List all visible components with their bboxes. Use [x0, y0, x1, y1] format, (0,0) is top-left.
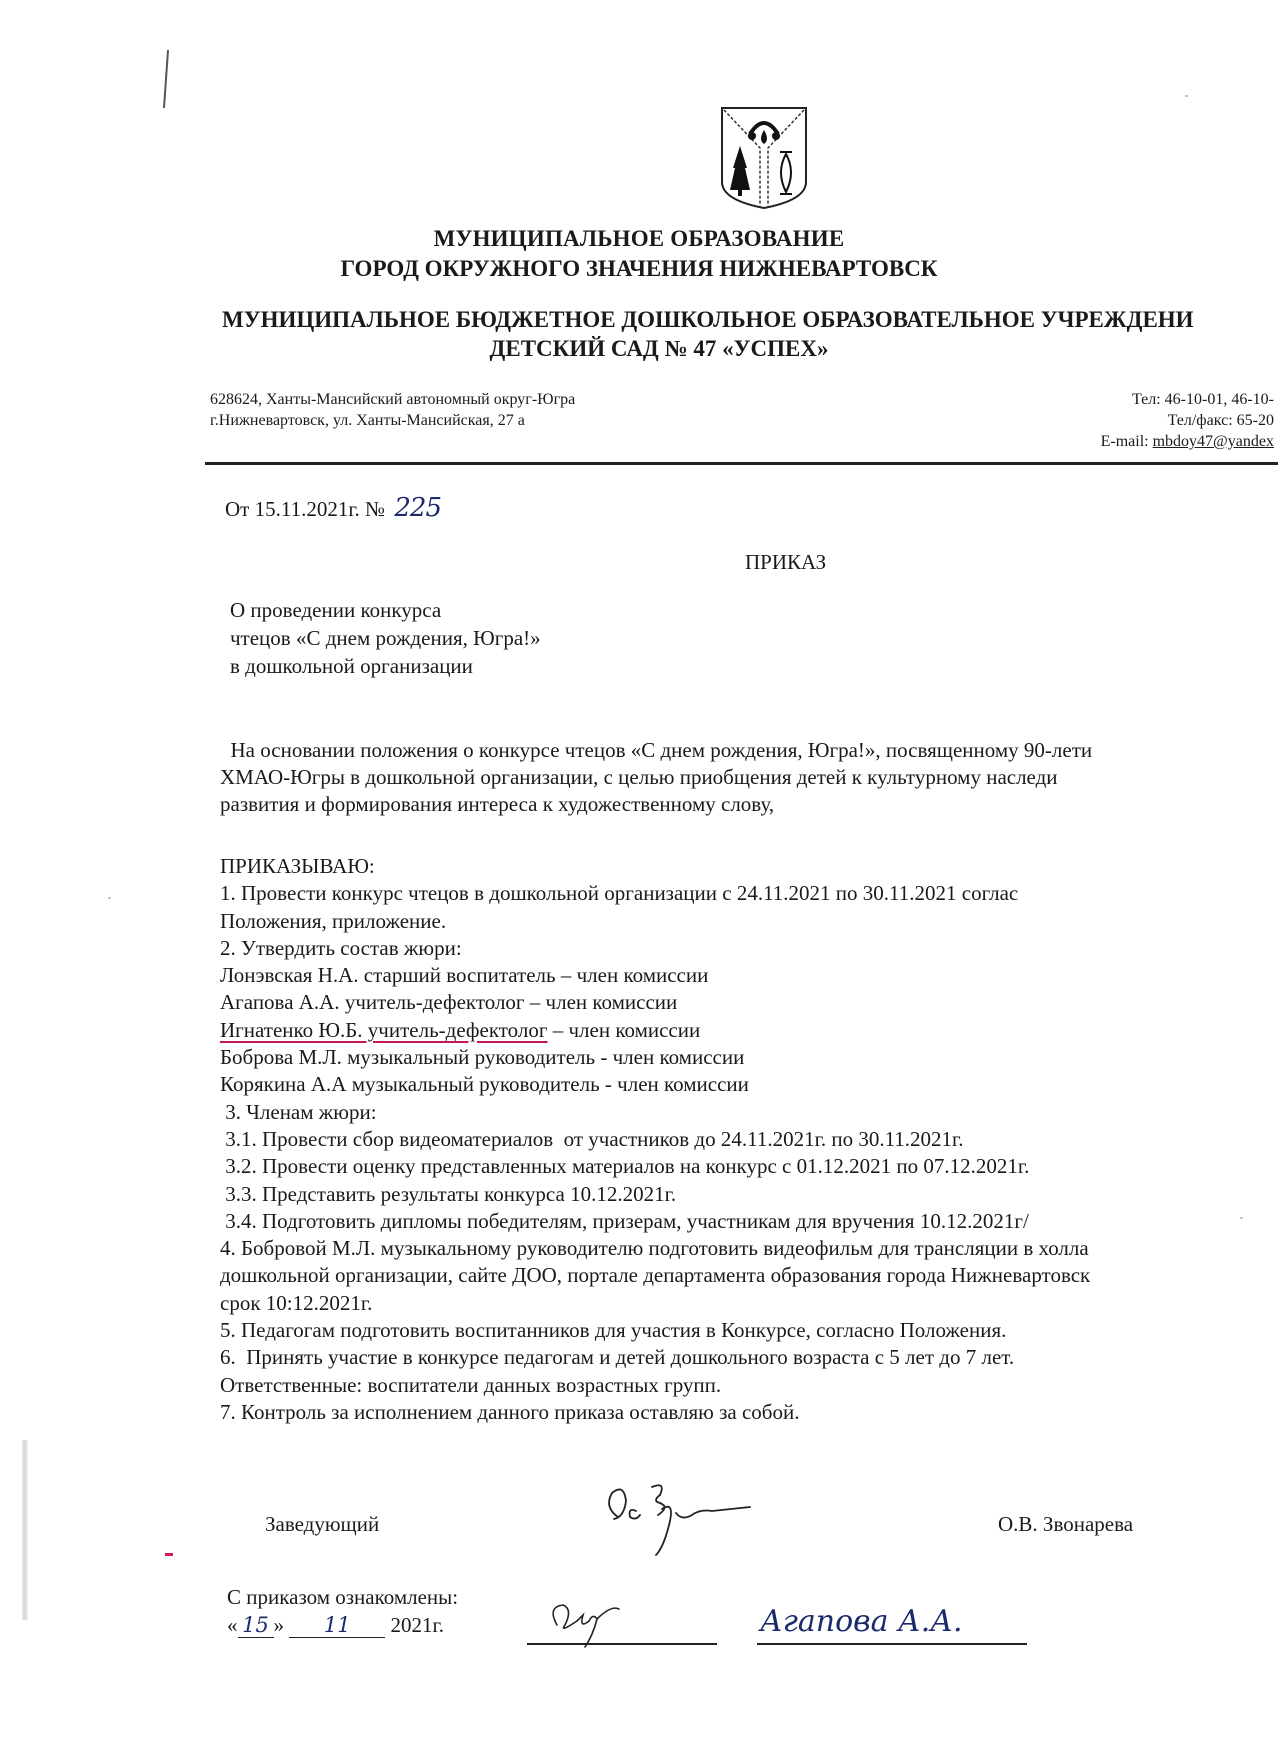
order-subject: О проведении конкурса чтецов «С днем рож… — [230, 596, 541, 680]
order-date: От 15.11.2021г. № — [225, 497, 385, 521]
preamble: На основании положения о конкурсе чтецов… — [220, 737, 1278, 818]
order-number-handwritten: 225 — [394, 493, 441, 523]
order-items: ПРИКАЗЫВАЮ: 1. Провести конкурс чтецов в… — [220, 853, 1090, 1426]
ack-year: 2021г. — [391, 1613, 445, 1637]
jury-member: Лонэвская Н.А. старший воспитатель – чле… — [220, 962, 1090, 989]
item-1: 1. Провести конкурс чтецов в дошкольной … — [220, 880, 1090, 907]
acknowledgement-signature — [527, 1595, 717, 1650]
address-line: г.Нижневартовск, ул. Ханты-Мансийская, 2… — [210, 410, 575, 431]
item-3-2: 3.2. Провести оценку представленных мате… — [220, 1153, 1090, 1180]
kindergarten-title: ДЕТСКИЙ САД № 47 «УСПЕХ» — [0, 336, 1278, 362]
fax: Тел/факс: 65-20 — [1101, 410, 1274, 431]
email: E-mail: mbdoy47@yandex — [1101, 431, 1274, 452]
item-7: 7. Контроль за исполнением данного прика… — [220, 1399, 1090, 1426]
signature-line — [527, 1643, 717, 1645]
email-link[interactable]: mbdoy47@yandex — [1153, 433, 1274, 450]
address-line: 628624, Ханты-Мансийский автономный окру… — [210, 389, 575, 410]
preamble-line: развития и формирования интереса к худож… — [220, 791, 1278, 818]
scan-speck — [1185, 95, 1188, 97]
ack-day: 15 — [238, 1613, 274, 1638]
contacts: Тел: 46-10-01, 46-10- Тел/факс: 65-20 E-… — [1101, 389, 1274, 452]
ack-signer-name-handwritten: Агапова А.А. — [760, 1604, 963, 1639]
item-1-cont: Положения, приложение. — [220, 908, 1090, 935]
name-line — [757, 1643, 1027, 1645]
jury-member: Корякина А.А музыкальный руководитель - … — [220, 1071, 1090, 1098]
pen-mark — [163, 50, 169, 108]
scan-page-edge — [22, 1440, 28, 1620]
item-4-cont: дошкольной организации, сайте ДОО, порта… — [220, 1262, 1090, 1289]
email-label: E-mail: — [1101, 433, 1153, 450]
city-coat-of-arms-icon — [718, 104, 810, 210]
item-3-1: 3.1. Провести сбор видеоматериалов от уч… — [220, 1126, 1090, 1153]
item-6: 6. Принять участие в конкурсе педагогам … — [220, 1344, 1090, 1371]
subject-line: чтецов «С днем рождения, Югра!» — [230, 624, 541, 652]
scan-speck — [1240, 1217, 1243, 1219]
jury-member: Боброва М.Л. музыкальный руководитель - … — [220, 1044, 1090, 1071]
item-3-3: 3.3. Представить результаты конкурса 10.… — [220, 1181, 1090, 1208]
jury-member-role: – член комиссии — [548, 1018, 701, 1042]
acknowledgement-date: «15» 11 2021г. — [227, 1613, 444, 1638]
item-3: 3. Членам жюри: — [220, 1099, 1090, 1126]
item-4: 4. Бобровой М.Л. музыкальному руководите… — [220, 1235, 1090, 1262]
city-title: ГОРОД ОКРУЖНОГО ЗНАЧЕНИЯ НИЖНЕВАРТОВСК — [0, 256, 1278, 282]
jury-member: Агапова А.А. учитель-дефектолог – член к… — [220, 989, 1090, 1016]
item-2: 2. Утвердить состав жюри: — [220, 935, 1090, 962]
ink-speck — [165, 1553, 173, 1556]
institution-title: МУНИЦИПАЛЬНОЕ БЮДЖЕТНОЕ ДОШКОЛЬНОЕ ОБРАЗ… — [222, 307, 1194, 333]
preamble-line: ХМАО-Югры в дошкольной организации, с це… — [220, 764, 1278, 791]
preamble-line: На основании положения о конкурсе чтецов… — [220, 737, 1278, 764]
document-title: ПРИКАЗ — [745, 550, 826, 575]
directive: ПРИКАЗЫВАЮ: — [220, 853, 1090, 880]
postal-address: 628624, Ханты-Мансийский автономный окру… — [210, 389, 575, 431]
subject-line: в дошкольной организации — [230, 652, 541, 680]
handwritten-signature — [600, 1477, 770, 1557]
signer-name: О.В. Звонарева — [998, 1512, 1133, 1537]
item-4-deadline: срок 10:12.2021г. — [220, 1290, 1090, 1317]
item-3-4: 3.4. Подготовить дипломы победителям, пр… — [220, 1208, 1090, 1235]
municipality-title: МУНИЦИПАЛЬНОЕ ОБРАЗОВАНИЕ — [0, 226, 1278, 252]
acknowledgement-label: С приказом ознакомлены: — [227, 1585, 458, 1610]
header-divider — [205, 462, 1278, 465]
quote-open: « — [227, 1613, 238, 1637]
subject-line: О проведении конкурса — [230, 596, 541, 624]
item-6-responsible: Ответственные: воспитатели данных возрас… — [220, 1372, 1090, 1399]
order-date-line: От 15.11.2021г. № 225 — [225, 493, 441, 523]
ack-month: 11 — [289, 1613, 385, 1638]
item-5: 5. Педагогам подготовить воспитанников д… — [220, 1317, 1090, 1344]
quote-close: » — [274, 1613, 285, 1637]
jury-member-underlined: Игнатенко Ю.Б. учитель-дефектолог — [220, 1018, 548, 1042]
scan-speck — [108, 897, 111, 899]
signer-role: Заведующий — [265, 1512, 379, 1537]
jury-member: Игнатенко Ю.Б. учитель-дефектолог – член… — [220, 1017, 1090, 1044]
phone: Тел: 46-10-01, 46-10- — [1101, 389, 1274, 410]
